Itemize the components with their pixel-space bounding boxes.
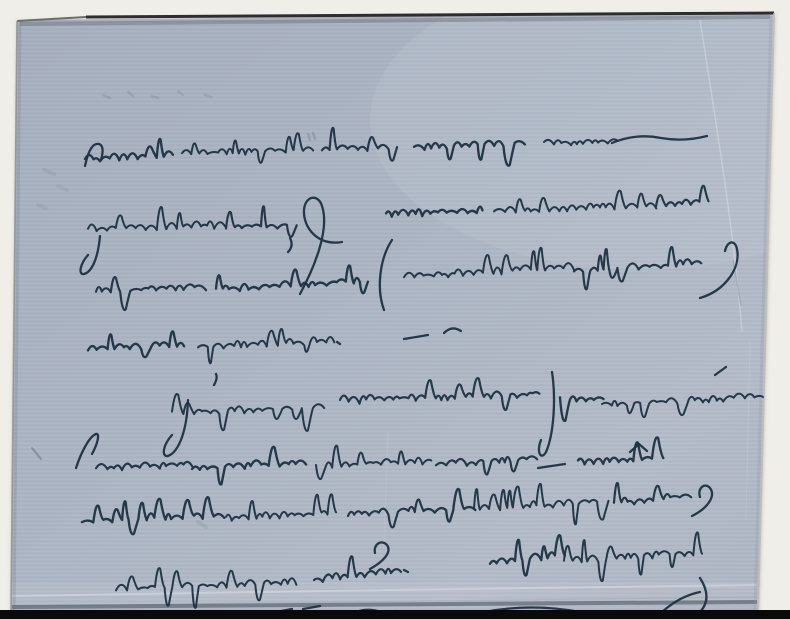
scan-strip-bottom [0, 610, 790, 619]
letter-scan-canvas [0, 0, 790, 619]
letter-scan: Cursive manuscript in dark blue-black in… [0, 0, 790, 619]
